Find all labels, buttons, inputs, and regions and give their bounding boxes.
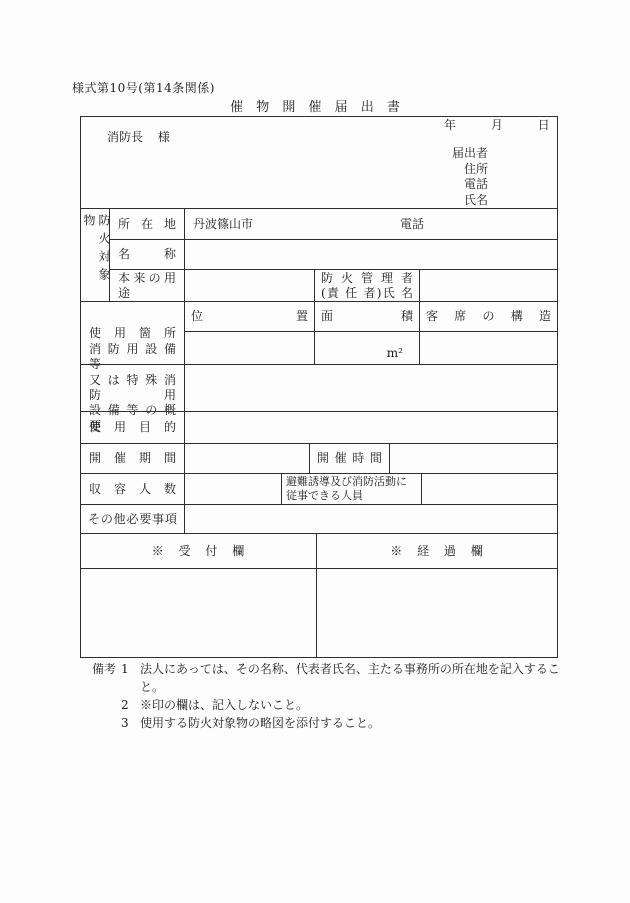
original-use-value-cell bbox=[184, 269, 314, 301]
equipment-label-cell: 消 防 用 設 備 等 又 は 特 殊 消 防 用 設 備 等 の 概 要 bbox=[81, 364, 184, 411]
other-label: その他必要事項 bbox=[81, 512, 184, 527]
progress-header-cell: ※ 経 過 欄 bbox=[316, 533, 557, 568]
page-title: 催 物 開 催 届 出 書 bbox=[0, 96, 630, 115]
address-label: 住所 bbox=[371, 162, 488, 178]
progress-body-cell bbox=[316, 568, 557, 657]
progress-label: ※ 経 過 欄 bbox=[317, 544, 557, 559]
form-number: 様式第10号(第14条関係) bbox=[72, 79, 215, 96]
purpose-label: 使 用 目 的 bbox=[81, 420, 184, 435]
applicant-block: 届出者 住所 電話 氏名 bbox=[371, 146, 488, 208]
position-label: 位 置 bbox=[185, 309, 314, 324]
addressee-label: 消防長 様 bbox=[107, 130, 170, 145]
note-item: 2 ※印の欄は、記入しないこと。 bbox=[121, 696, 560, 714]
time-label: 開 催 時 間 bbox=[310, 451, 389, 466]
note-item: 3 使用する防火対象物の略図を添付すること。 bbox=[121, 714, 560, 732]
form-table: 年 月 日 消防長 様 届出者 住所 電話 氏名 防火対象物 所 在 地 丹波篠… bbox=[80, 116, 558, 658]
other-label-cell: その他必要事項 bbox=[81, 504, 184, 533]
fire-manager-label-cell: 防 火 管 理 者 (責 任 者)氏 名 bbox=[314, 269, 419, 301]
reception-header-cell: ※ 受 付 欄 bbox=[81, 533, 316, 568]
staff-label-line2: 従事できる人員 bbox=[286, 489, 417, 503]
applicant-label: 届出者 bbox=[371, 146, 488, 162]
notes-items: 1 法人にあっては、その名称、代表者氏名、主たる事務所の所在地を記入するこ と。… bbox=[121, 660, 560, 732]
seating-label: 客 席 の 構 造 bbox=[420, 309, 557, 324]
capacity-label: 収 容 人 数 bbox=[81, 482, 184, 497]
other-value-cell bbox=[184, 504, 557, 533]
note-text: 法人にあっては、その名称、代表者氏名、主たる事務所の所在地を記入するこ と。 bbox=[140, 660, 560, 696]
note-number: 3 bbox=[121, 714, 132, 732]
note-text-line: 法人にあっては、その名称、代表者氏名、主たる事務所の所在地を記入するこ bbox=[140, 660, 560, 678]
area-unit: m² bbox=[387, 346, 403, 361]
note-number: 2 bbox=[121, 696, 132, 714]
period-label-cell: 開 催 期 間 bbox=[81, 443, 184, 473]
equipment-label-line2: 又 は 特 殊 消 防 用 bbox=[81, 373, 184, 404]
note-number: 1 bbox=[121, 660, 132, 696]
seating-value-cell bbox=[419, 331, 557, 364]
fire-manager-value-cell bbox=[419, 269, 557, 301]
location-label: 所 在 地 bbox=[110, 217, 184, 232]
area-label: 面 積 bbox=[315, 309, 419, 324]
header-cell: 年 月 日 消防長 様 届出者 住所 電話 氏名 bbox=[81, 117, 557, 208]
name-value-cell bbox=[184, 239, 557, 269]
area-value-cell: m² bbox=[314, 331, 419, 364]
equipment-value-cell bbox=[184, 364, 557, 411]
date-line: 年 月 日 bbox=[444, 118, 550, 133]
seating-header-cell: 客 席 の 構 造 bbox=[419, 301, 557, 331]
phone-label: 電話 bbox=[371, 177, 488, 193]
fire-object-group-cell: 防火対象物 bbox=[81, 208, 109, 301]
purpose-value-cell bbox=[184, 411, 557, 443]
area-header-cell: 面 積 bbox=[314, 301, 419, 331]
note-text-line: ※印の欄は、記入しないこと。 bbox=[140, 696, 308, 714]
purpose-label-cell: 使 用 目 的 bbox=[81, 411, 184, 443]
name-label: 氏名 bbox=[371, 193, 488, 209]
original-use-label-cell: 本来の用途 bbox=[109, 269, 184, 301]
staff-value-cell bbox=[421, 473, 557, 504]
fire-object-group-label: 防火対象物 bbox=[81, 209, 111, 301]
location-phone-label: 電話 bbox=[400, 217, 424, 232]
location-value-cell: 丹波篠山市 電話 bbox=[184, 208, 557, 239]
period-value-cell bbox=[184, 443, 309, 473]
note-text-line: 使用する防火対象物の略図を添付すること。 bbox=[140, 714, 380, 732]
location-label-cell: 所 在 地 bbox=[109, 208, 184, 239]
period-label: 開 催 期 間 bbox=[81, 451, 184, 466]
capacity-value-cell bbox=[184, 473, 281, 504]
reception-body-cell bbox=[81, 568, 316, 657]
note-text-line: と。 bbox=[140, 678, 560, 696]
notes: 備考 1 法人にあっては、その名称、代表者氏名、主たる事務所の所在地を記入するこ… bbox=[92, 660, 567, 732]
reception-label: ※ 受 付 欄 bbox=[81, 544, 316, 559]
capacity-label-cell: 収 容 人 数 bbox=[81, 473, 184, 504]
fire-manager-label-line1: 防 火 管 理 者 bbox=[315, 271, 419, 286]
name-label-cell: 名 称 bbox=[109, 239, 184, 269]
time-value-cell bbox=[389, 443, 557, 473]
original-use-label: 本来の用途 bbox=[110, 271, 184, 301]
note-text: 使用する防火対象物の略図を添付すること。 bbox=[140, 714, 380, 732]
time-label-cell: 開 催 時 間 bbox=[309, 443, 389, 473]
position-value-cell bbox=[184, 331, 314, 364]
note-text: ※印の欄は、記入しないこと。 bbox=[140, 696, 308, 714]
staff-label-cell: 避難誘導及び消防活動に 従事できる人員 bbox=[281, 473, 421, 504]
name-label: 名 称 bbox=[110, 247, 184, 262]
notes-label: 備考 bbox=[92, 660, 116, 732]
staff-label-line1: 避難誘導及び消防活動に bbox=[286, 475, 417, 489]
fire-manager-label-line2: (責 任 者)氏 名 bbox=[315, 286, 419, 301]
location-value: 丹波篠山市 bbox=[193, 217, 253, 232]
position-header-cell: 位 置 bbox=[184, 301, 314, 331]
form-page: 様式第10号(第14条関係) 催 物 開 催 届 出 書 年 月 日 消防長 様… bbox=[0, 0, 630, 903]
equipment-label-line1: 消 防 用 設 備 等 bbox=[81, 342, 184, 373]
note-item: 1 法人にあっては、その名称、代表者氏名、主たる事務所の所在地を記入するこ と。 bbox=[121, 660, 560, 696]
usage-area-label: 使 用 箇 所 bbox=[81, 326, 184, 341]
